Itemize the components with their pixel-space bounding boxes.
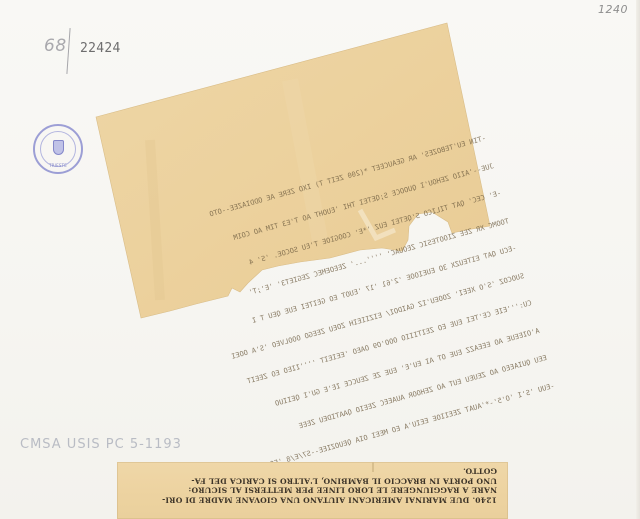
ink-stamp: TRIESTE <box>33 124 83 174</box>
archive-number: 22424 <box>80 41 121 56</box>
catalog-note: CMSA USIS PC 5-1193 <box>20 437 182 452</box>
caption-line: GOTTO. <box>129 466 497 476</box>
corner-number: 1240 <box>598 3 628 16</box>
caption-text: 1240. DUE MARINAI AMERICANI AIUTANO UNA … <box>129 466 497 504</box>
shield-crest-icon <box>53 140 64 155</box>
archive-prefix: 68 <box>44 36 67 56</box>
stamp-text: TRIESTE <box>35 163 81 168</box>
caption-line: UNO PORTA IN BRACCIO IL BAMBINO, L'ALTRO… <box>129 476 497 486</box>
caption-line: 1240. DUE MARINAI AMERICANI AIUTANO UNA … <box>129 495 497 505</box>
caption-label: 1240. DUE MARINAI AMERICANI AIUTANO UNA … <box>117 462 508 519</box>
caption-line: NARE A RAGGIUNGERE LE LORO LINEE PER MET… <box>129 485 497 495</box>
sheet-edge <box>636 0 640 519</box>
